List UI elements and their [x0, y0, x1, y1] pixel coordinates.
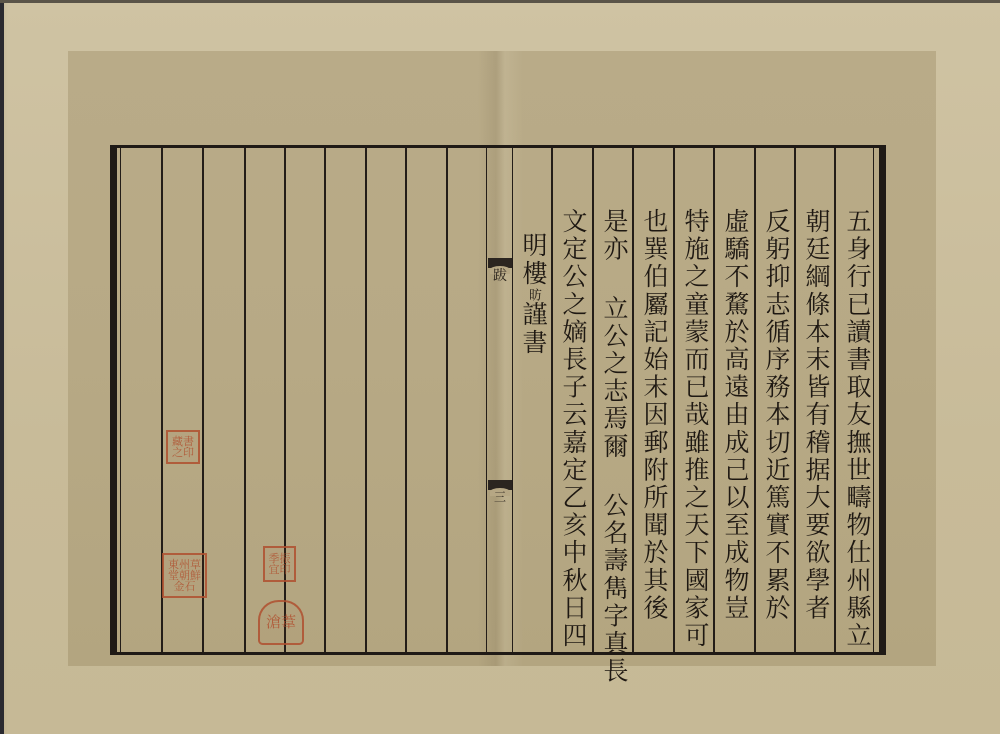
top-edge-shadow	[0, 0, 1000, 3]
column-rule	[446, 148, 448, 652]
fold-heart-page-number: 三	[489, 490, 511, 504]
column-rule	[592, 148, 594, 652]
column-rule	[551, 148, 553, 652]
lower-fishtail-mark	[488, 480, 512, 490]
upper-fishtail-mark	[488, 258, 512, 268]
seal-lower-left: 東州草堂朝鮮金石	[162, 553, 207, 598]
author-small-char: 昉	[526, 288, 541, 301]
fold-heart	[487, 148, 513, 652]
text-column-4: 虛驕不騖於高遠由成己以至成物豈	[716, 208, 754, 622]
text-column-8: 文定公之嫡長子云嘉定乙亥中秋日四	[554, 208, 592, 650]
column-rule	[324, 148, 326, 652]
text-column-6: 也巽伯屬記始末因郵附所聞於其後	[635, 208, 673, 622]
column-rule	[405, 148, 407, 652]
seal-lower-center-bottom: 滄葦	[258, 600, 304, 645]
signature-closing: 謹書	[519, 301, 548, 357]
fold-heart-title: 跋	[489, 268, 511, 284]
text-column-5: 特施之童蒙而已哉雖推之天下國家可	[676, 208, 714, 650]
column-rule	[365, 148, 367, 652]
text-column-3: 反躬抑志循序務本切近篤實不累於	[757, 208, 795, 622]
text-column-7: 是亦 立公之志焉爾 公名壽雋字真長	[595, 208, 633, 685]
column-rule	[120, 148, 121, 652]
column-rule	[673, 148, 675, 652]
author-name: 明樓	[519, 232, 548, 288]
signature-column: 明樓昉謹書	[514, 232, 552, 357]
column-rule	[244, 148, 246, 652]
left-edge-shadow	[0, 0, 4, 734]
text-column-2: 朝廷綱條本末皆有稽据大要欲學者	[797, 208, 835, 622]
text-column-1: 五身行已讀書取友撫世疇物仕州縣立	[838, 208, 876, 650]
seal-lower-center-top: 季振宜印	[263, 546, 296, 582]
seal-upper-left: 藏書之印	[166, 430, 200, 464]
column-rule	[754, 148, 756, 652]
